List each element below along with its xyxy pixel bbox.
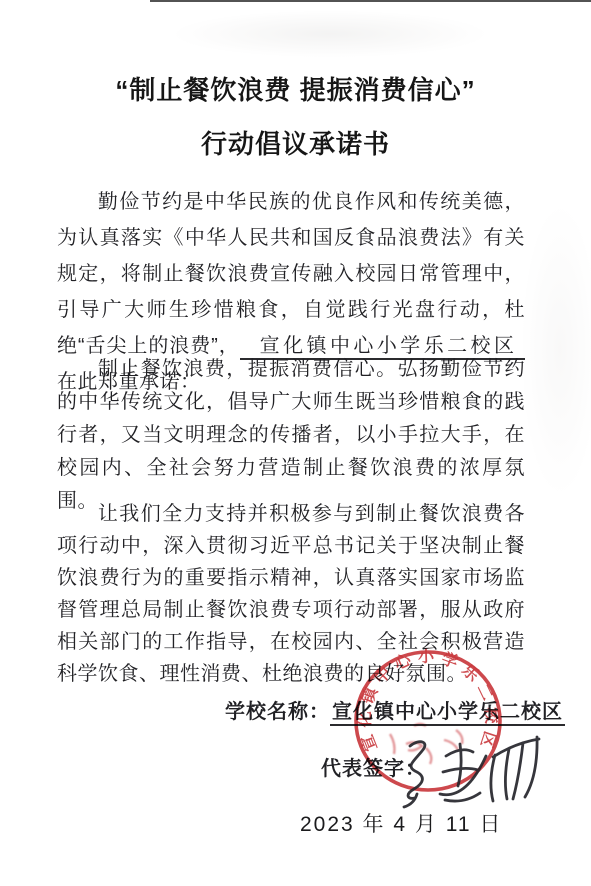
paragraph-1-text: 勤俭节约是中华民族的优良作风和传统美德，为认真落实《中华人民共和国反食品浪费法》… <box>57 191 525 357</box>
document-title-line1: “制止餐饮浪费 提振消费信心” <box>0 70 591 107</box>
scan-smudge <box>520 200 591 500</box>
date-line: 2023 年 4 月 11 日 <box>300 808 502 838</box>
paragraph-2: 制止餐饮浪费，提振消费信心。弘扬勤俭节约的中华传统文化，倡导广大师生既当珍惜粮食… <box>57 353 525 518</box>
representative-signature-line: 代表签字： <box>321 752 426 781</box>
school-name-label: 学校名称： <box>225 701 330 723</box>
scan-smudge <box>170 10 490 58</box>
school-name-value: 宣化镇中心小学乐二校区 <box>330 701 565 726</box>
scan-edge-artifact <box>150 0 591 2</box>
signature-label: 代表签字： <box>321 758 426 780</box>
scanned-commitment-letter: “制止餐饮浪费 提振消费信心” 行动倡议承诺书 勤俭节约是中华民族的优良作风和传… <box>0 0 591 886</box>
paragraph-2-text: 制止餐饮浪费，提振消费信心。弘扬勤俭节约的中华传统文化，倡导广大师生既当珍惜粮食… <box>57 358 525 512</box>
paragraph-3-text: 让我们全力支持并积极参与到制止餐饮浪费各项行动中，深入贯彻习近平总书记关于坚决制… <box>57 503 525 685</box>
paragraph-3: 让我们全力支持并积极参与到制止餐饮浪费各项行动中，深入贯彻习近平总书记关于坚决制… <box>57 498 525 690</box>
document-title-line2: 行动倡议承诺书 <box>0 124 591 161</box>
school-name-line: 学校名称：宣化镇中心小学乐二校区 <box>225 695 565 724</box>
